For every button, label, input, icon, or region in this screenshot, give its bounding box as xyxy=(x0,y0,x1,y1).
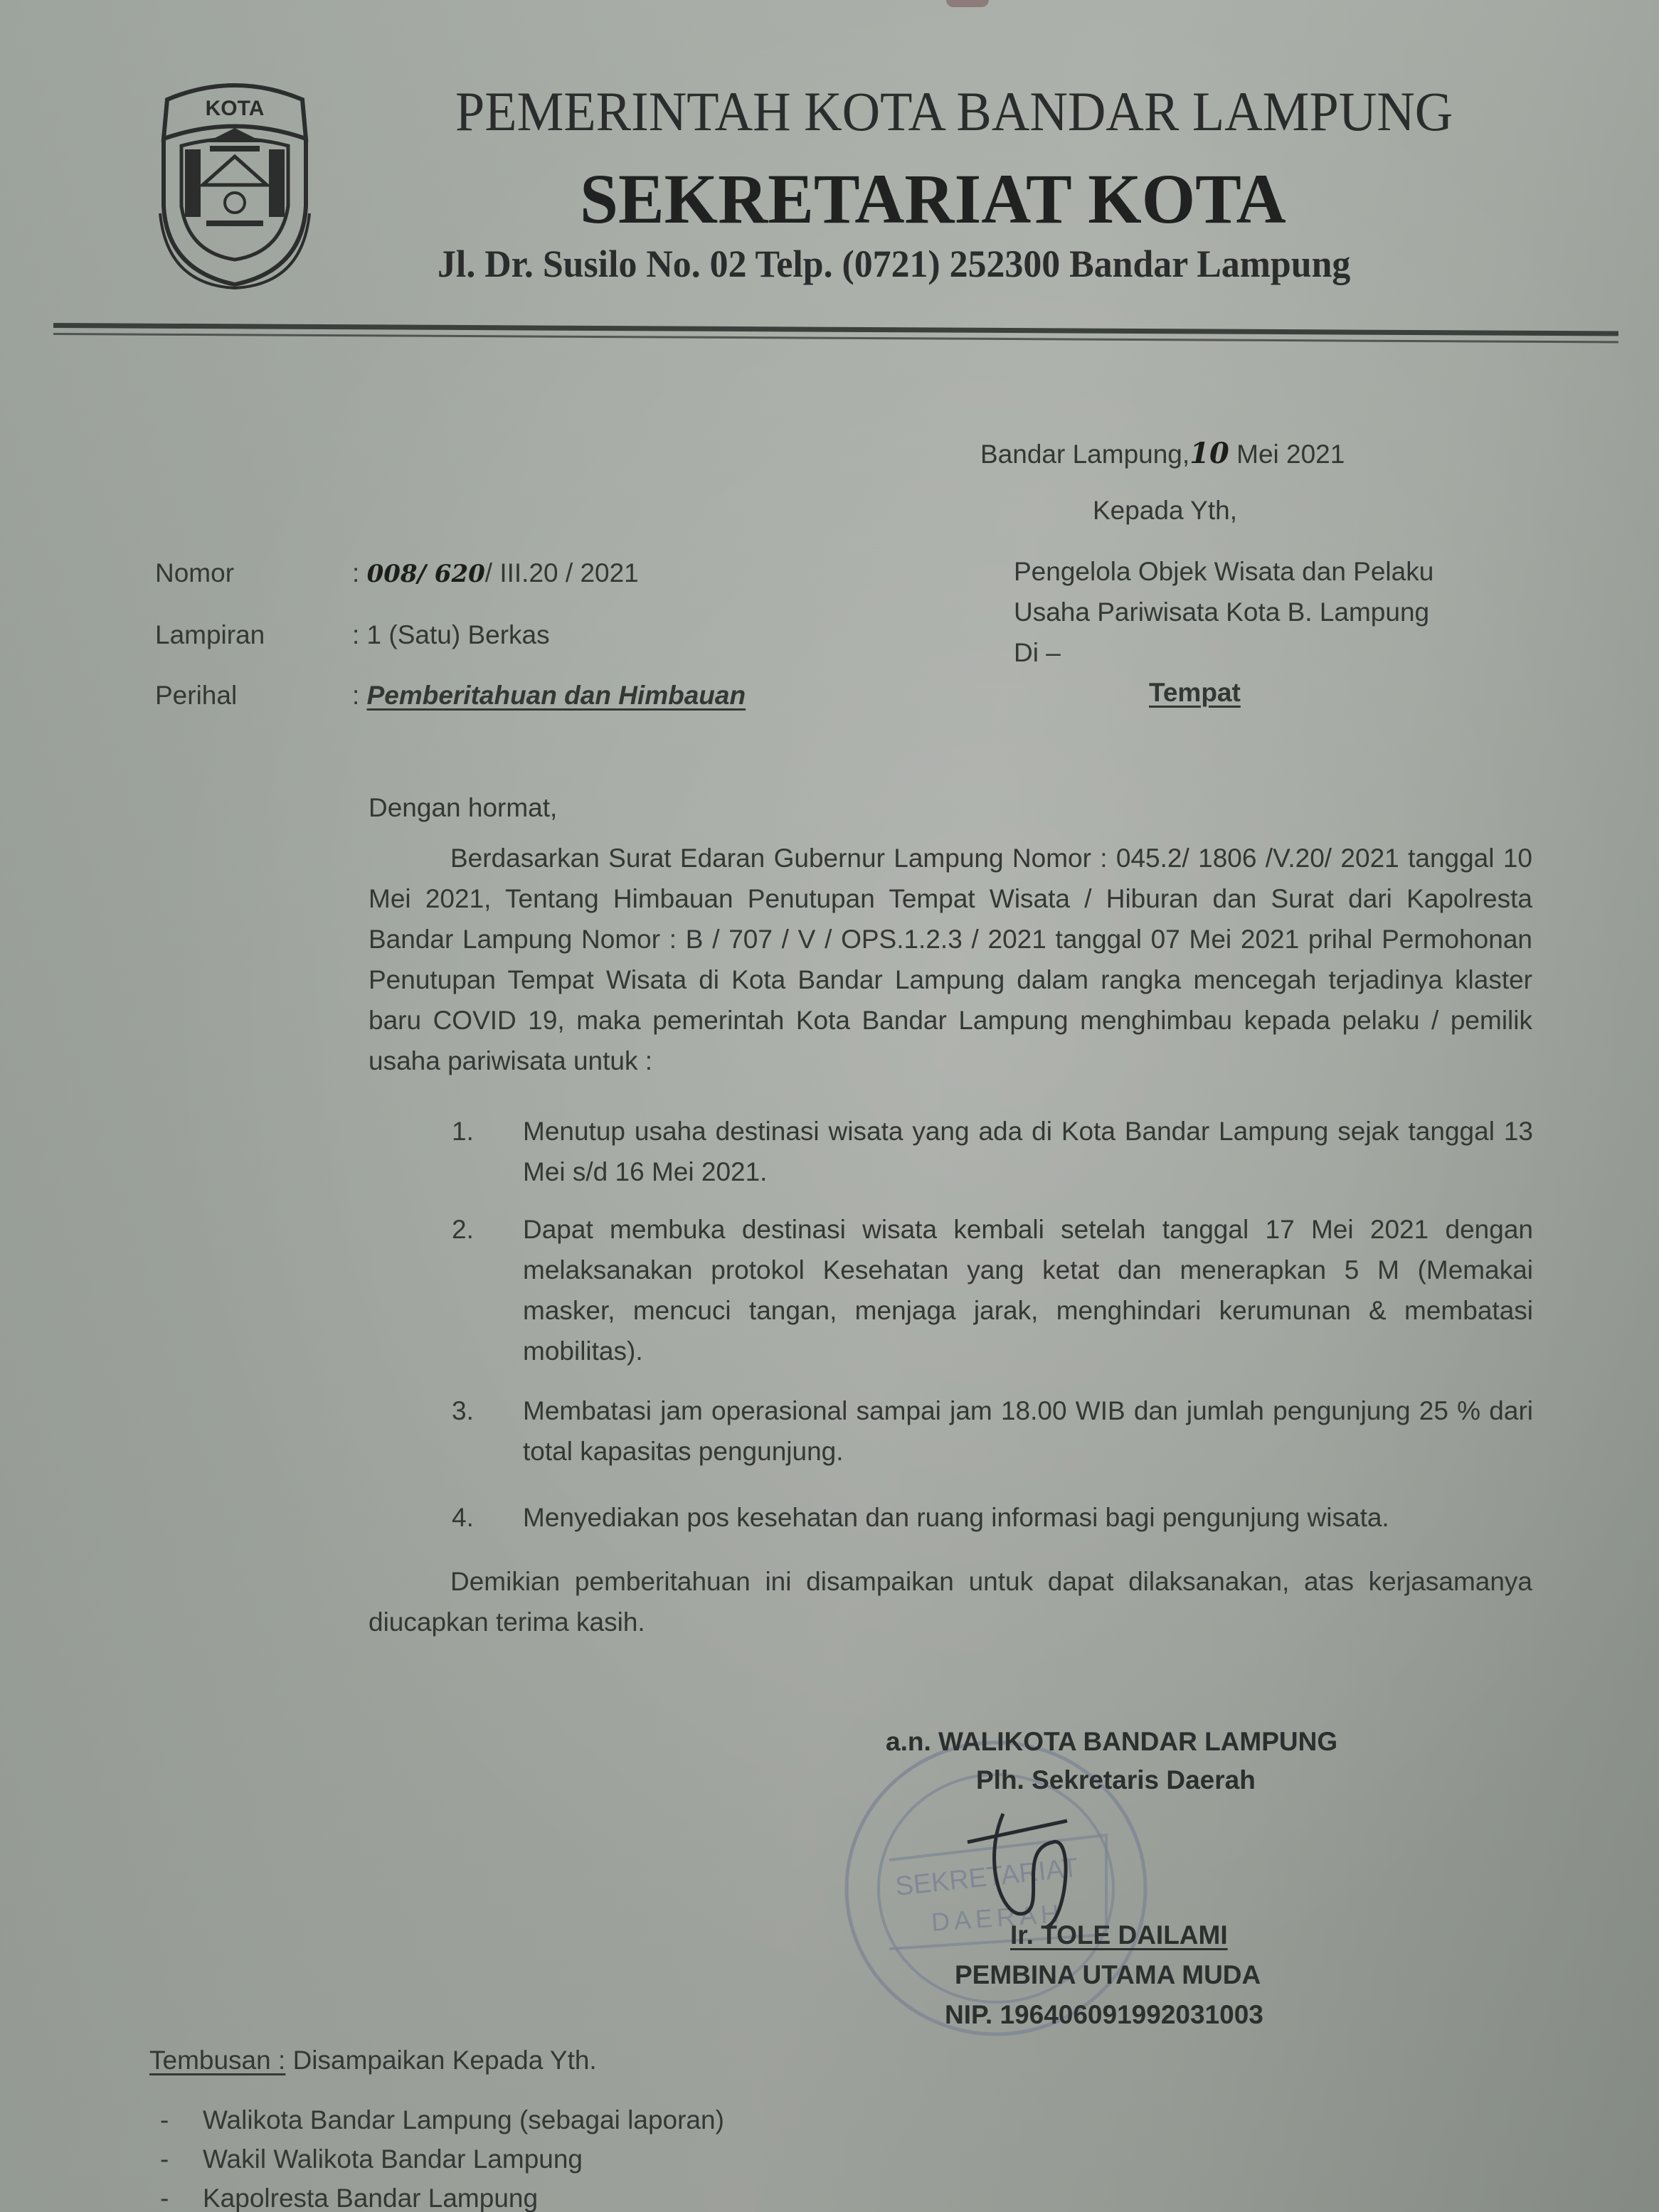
greeting: Dengan hormat, xyxy=(369,793,557,823)
date-month-year: Mei 2021 xyxy=(1236,440,1345,469)
signature-rank: PEMBINA UTAMA MUDA xyxy=(955,1960,1261,1990)
list-item: 2. Dapat membuka destinasi wisata kembal… xyxy=(452,1209,1533,1371)
letterhead-office: SEKRETARIAT KOTA xyxy=(580,158,1286,240)
signature-name: Ir. TOLE DAILAMI xyxy=(1010,1920,1228,1950)
signature-nip: NIP. 196406091992031003 xyxy=(945,2000,1263,2030)
perihal-value: : Pemberitahuan dan Himbauan xyxy=(352,681,746,711)
letterhead-address: Jl. Dr. Susilo No. 02 Telp. (0721) 25230… xyxy=(438,242,1350,286)
city-emblem-icon: KOTA xyxy=(146,71,324,292)
intro-paragraph: Berdasarkan Surat Edaran Gubernur Lampun… xyxy=(369,838,1532,1081)
closing-paragraph: Demikian pemberitahuan ini disampaikan u… xyxy=(369,1561,1532,1642)
binder-clip-shadow xyxy=(946,0,989,7)
nomor-value: : 008/ 620/ III.20 / 2021 xyxy=(352,558,639,588)
date-day-handwritten: 10 xyxy=(1189,437,1229,470)
recipient-salutation: Kepada Yth, xyxy=(1093,496,1237,526)
lampiran-value: : 1 (Satu) Berkas xyxy=(352,620,550,650)
nomor-handwritten: 008/ 620 xyxy=(367,560,485,588)
nomor-label: Nomor xyxy=(155,558,234,588)
cc-list-item: -Kapolresta Bandar Lampung xyxy=(203,2184,538,2212)
cc-list-item: -Walikota Bandar Lampung (sebagai lapora… xyxy=(203,2105,724,2135)
signature-on-behalf: a.n. WALIKOTA BANDAR LAMPUNG xyxy=(886,1727,1337,1757)
svg-text:SEKRETARIAT: SEKRETARIAT xyxy=(894,1853,1080,1902)
tembusan-heading: Tembusan : Disampaikan Kepada Yth. xyxy=(149,2046,597,2075)
date-place: Bandar Lampung, xyxy=(980,440,1189,469)
cc-list-item: -Wakil Walikota Bandar Lampung xyxy=(203,2144,583,2174)
recipient-line-2: Usaha Pariwisata Kota B. Lampung xyxy=(1014,597,1429,627)
list-item: 4. Menyediakan pos kesehatan dan ruang i… xyxy=(452,1497,1533,1538)
tembusan-label: Tembusan : xyxy=(149,2046,285,2075)
recipient-line-3: Di – xyxy=(1014,638,1061,668)
recipient-place: Tempat xyxy=(1149,678,1241,708)
letter-date: Bandar Lampung,10 Mei 2021 xyxy=(980,437,1345,470)
signature-position: Plh. Sekretaris Daerah xyxy=(976,1765,1256,1795)
svg-text:KOTA: KOTA xyxy=(206,97,265,120)
tembusan-intro: Disampaikan Kepada Yth. xyxy=(293,2046,597,2075)
list-item: 1. Menutup usaha destinasi wisata yang a… xyxy=(452,1111,1533,1192)
lampiran-label: Lampiran xyxy=(155,620,265,650)
letterhead-government: PEMERINTAH KOTA BANDAR LAMPUNG xyxy=(455,80,1453,144)
list-item: 3. Membatasi jam operasional sampai jam … xyxy=(452,1391,1533,1472)
perihal-label: Perihal xyxy=(155,681,237,711)
recipient-line-1: Pengelola Objek Wisata dan Pelaku xyxy=(1014,557,1433,587)
